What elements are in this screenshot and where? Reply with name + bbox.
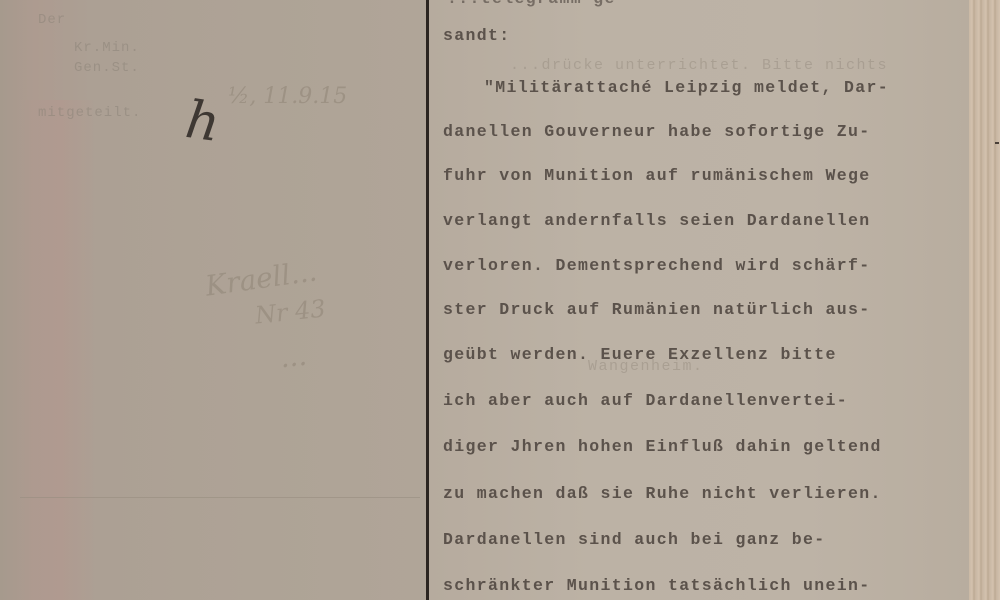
text-line: verlangt andernfalls seien Dardanellen — [443, 211, 871, 230]
text-line: ster Druck auf Rumänien natürlich aus- — [443, 300, 871, 319]
text-line: diger Jhren hohen Einfluß dahin geltend — [443, 437, 882, 456]
typed-body: ...telegramm ge- sandt: "Militärattaché … — [0, 0, 1000, 600]
text-line: fuhr von Munition auf rumänischem Wege — [443, 166, 871, 185]
stacked-page-edges — [969, 0, 1000, 600]
text-line: "Militärattaché Leipzig meldet, Dar- — [484, 78, 889, 97]
text-line: ich aber auch auf Dardanellenvertei- — [443, 391, 848, 410]
header-fragment: ...telegramm ge- — [447, 0, 627, 8]
text-line: sandt: — [443, 26, 511, 45]
paper-mark — [995, 142, 999, 144]
text-line: verloren. Dementsprechend wird schärf- — [443, 256, 871, 275]
text-line: zu machen daß sie Ruhe nicht verlieren. — [443, 484, 882, 503]
text-line: geübt werden. Euere Exzellenz bitte — [443, 345, 837, 364]
text-line: Dardanellen sind auch bei ganz be- — [443, 530, 826, 549]
text-line: danellen Gouverneur habe sofortige Zu- — [443, 122, 871, 141]
text-line: schränkter Munition tatsächlich unein- — [443, 576, 871, 595]
